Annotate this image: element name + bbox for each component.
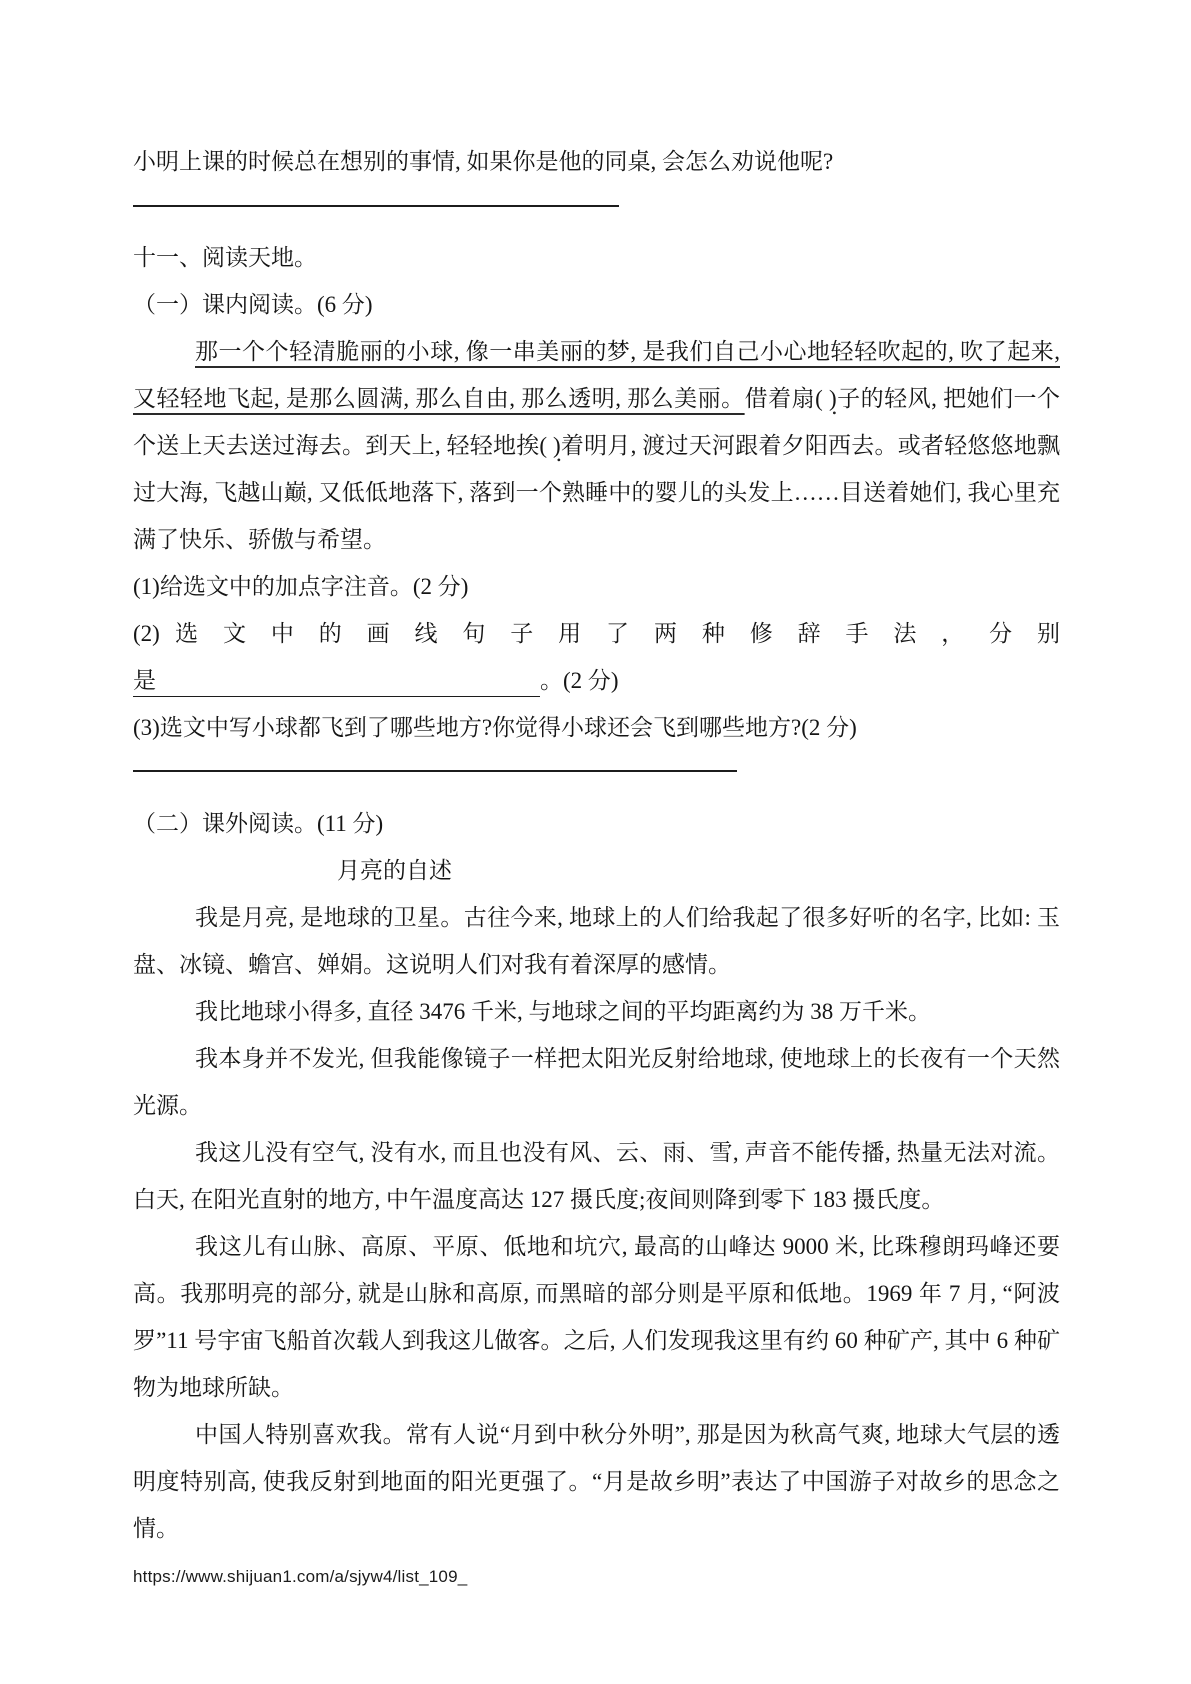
question-1: (1)给选文中的加点字注音。(2 分) [133,563,1060,610]
moon-paragraph: 中国人特别喜欢我。常有人说“月到中秋分外明”, 那是因为秋高气爽, 地球大气层的… [133,1411,1060,1552]
blank-underline[interactable] [156,687,540,688]
answer-rule-1[interactable] [133,185,619,207]
moon-paragraph: 我这儿没有空气, 没有水, 而且也没有风、云、雨、雪, 声音不能传播, 热量无法… [133,1129,1060,1223]
moon-paragraph: 我比地球小得多, 直径 3476 千米, 与地球之间的平均距离约为 38 万千米… [133,988,1060,1035]
in-class-passage: 那一个个轻清脆丽的小球, 像一串美丽的梦, 是我们自己小心地轻轻吹起的, 吹了起… [133,328,1060,563]
part-two-heading: （二）课外阅读。(11 分) [133,800,1060,847]
moon-paragraph: 我本身并不发光, 但我能像镜子一样把太阳光反射给地球, 使地球上的长夜有一个天然… [133,1035,1060,1129]
prompt-question: 小明上课的时候总在想别的事情, 如果你是他的同桌, 会怎么劝说他呢? [133,138,1060,185]
question-2-line2: 是。(2 分) [133,657,1060,704]
reading-title: 月亮的自述 [133,847,1060,894]
dotted-character: 挨 [516,433,539,458]
moon-paragraph: 我这儿有山脉、高原、平原、低地和坑穴, 最高的山峰达 9000 米, 比珠穆朗玛… [133,1223,1060,1411]
footer-url: https://www.shijuan1.com/a/sjyw4/list_10… [133,1566,1060,1588]
moon-paragraph: 我是月亮, 是地球的卫星。古往今来, 地球上的人们给我起了很多好听的名字, 比如… [133,894,1060,988]
part-one-heading: （一）课内阅读。(6 分) [133,281,1060,328]
question-2-blank[interactable]: 是 [133,668,540,697]
exam-page: 小明上课的时候总在想别的事情, 如果你是他的同桌, 会怎么劝说他呢? 十一、阅读… [133,138,1060,1588]
question-3: (3)选文中写小球都飞到了哪些地方?你觉得小球还会飞到哪些地方?(2 分) [133,704,1060,751]
answer-rule-2[interactable] [133,751,737,772]
question-2-line1: (2) 选 文 中 的 画 线 句 子 用 了 两 种 修 辞 手 法 ， 分 … [133,610,1060,657]
question-2-suffix: 。(2 分) [540,668,619,693]
dotted-character: 扇 [792,386,816,411]
section-eleven-heading: 十一、阅读天地。 [133,234,1060,281]
question-2-blank-prefix: 是 [133,668,156,693]
